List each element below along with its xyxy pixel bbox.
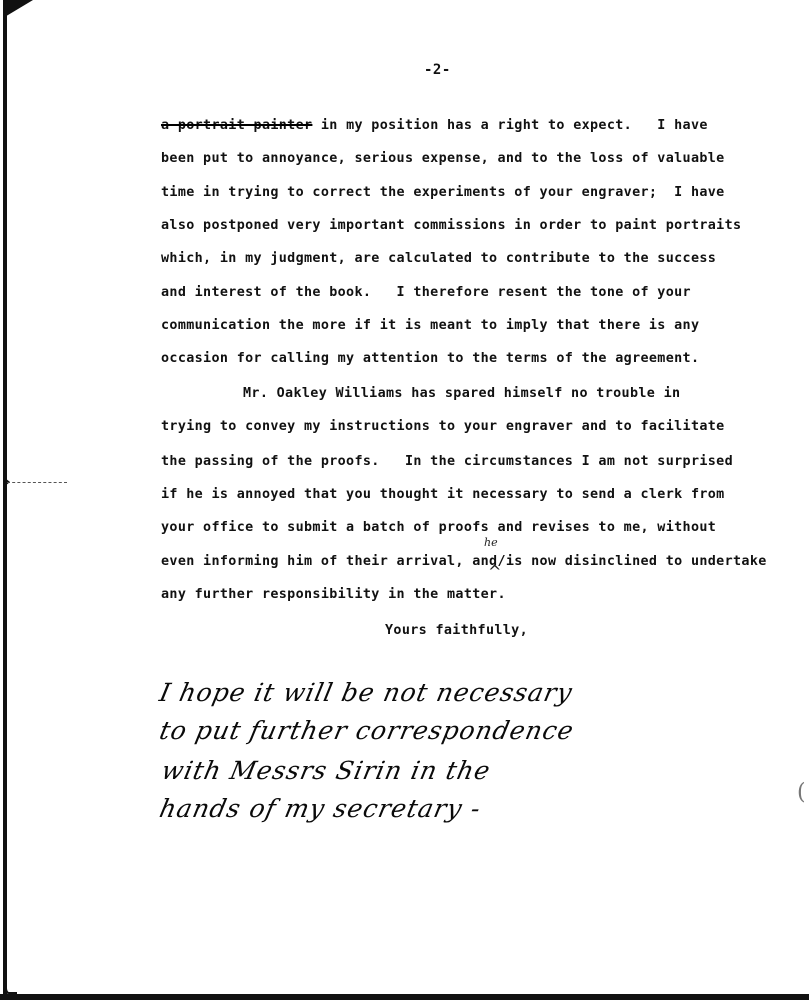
scan-left-border <box>3 10 7 995</box>
body-line-2: been put to annoyance, serious expense, … <box>161 151 725 167</box>
body-line-1: a portrait painter in my position has a … <box>161 118 708 134</box>
handwritten-insertion: he <box>484 536 498 549</box>
body-line-8: occasion for calling my attention to the… <box>161 351 699 367</box>
body-line-14: even informing him of their arrival, and… <box>161 554 767 570</box>
closing-salutation: Yours faithfully, <box>385 623 528 639</box>
body-line-15: any further responsibility in the matter… <box>161 587 506 603</box>
handwritten-line-3: with Messrs Sirin in the <box>159 756 494 785</box>
body-line-3: time in trying to correct the experiment… <box>161 185 725 201</box>
scan-bottom-corner <box>3 986 17 994</box>
scan-bottom-border <box>0 994 809 1000</box>
handwritten-postscript: I hope it will be not necessary to put f… <box>160 670 720 850</box>
body-line-7: communication the more if it is meant to… <box>161 318 699 334</box>
body-line-11: the passing of the proofs. In the circum… <box>161 454 733 470</box>
scan-margin-tick <box>7 482 67 483</box>
handwritten-line-1: I hope it will be not necessary <box>157 678 575 707</box>
body-line-9-paragraph-start: Mr. Oakley Williams has spared himself n… <box>243 386 680 402</box>
body-line-4: also postponed very important commission… <box>161 218 741 234</box>
body-line-6: and interest of the book. I therefore re… <box>161 285 691 301</box>
handwritten-line-2: to put further correspondence <box>157 716 577 745</box>
margin-pencil-mark: ( <box>797 780 806 805</box>
line-text: in my position has a right to expect. I … <box>312 118 707 133</box>
body-line-10: trying to convey my instructions to your… <box>161 419 725 435</box>
scanned-letter-page: ( -2- a portrait painter in my position … <box>0 0 809 1000</box>
handwritten-line-4: hands of my secretary - <box>157 794 484 823</box>
body-line-5: which, in my judgment, are calculated to… <box>161 251 716 267</box>
body-line-12: if he is annoyed that you thought it nec… <box>161 487 725 503</box>
struck-text: a portrait painter <box>161 118 312 133</box>
page-number: -2- <box>424 62 451 78</box>
scan-corner-shadow <box>3 0 33 18</box>
body-line-13: your office to submit a batch of proofs … <box>161 520 716 536</box>
